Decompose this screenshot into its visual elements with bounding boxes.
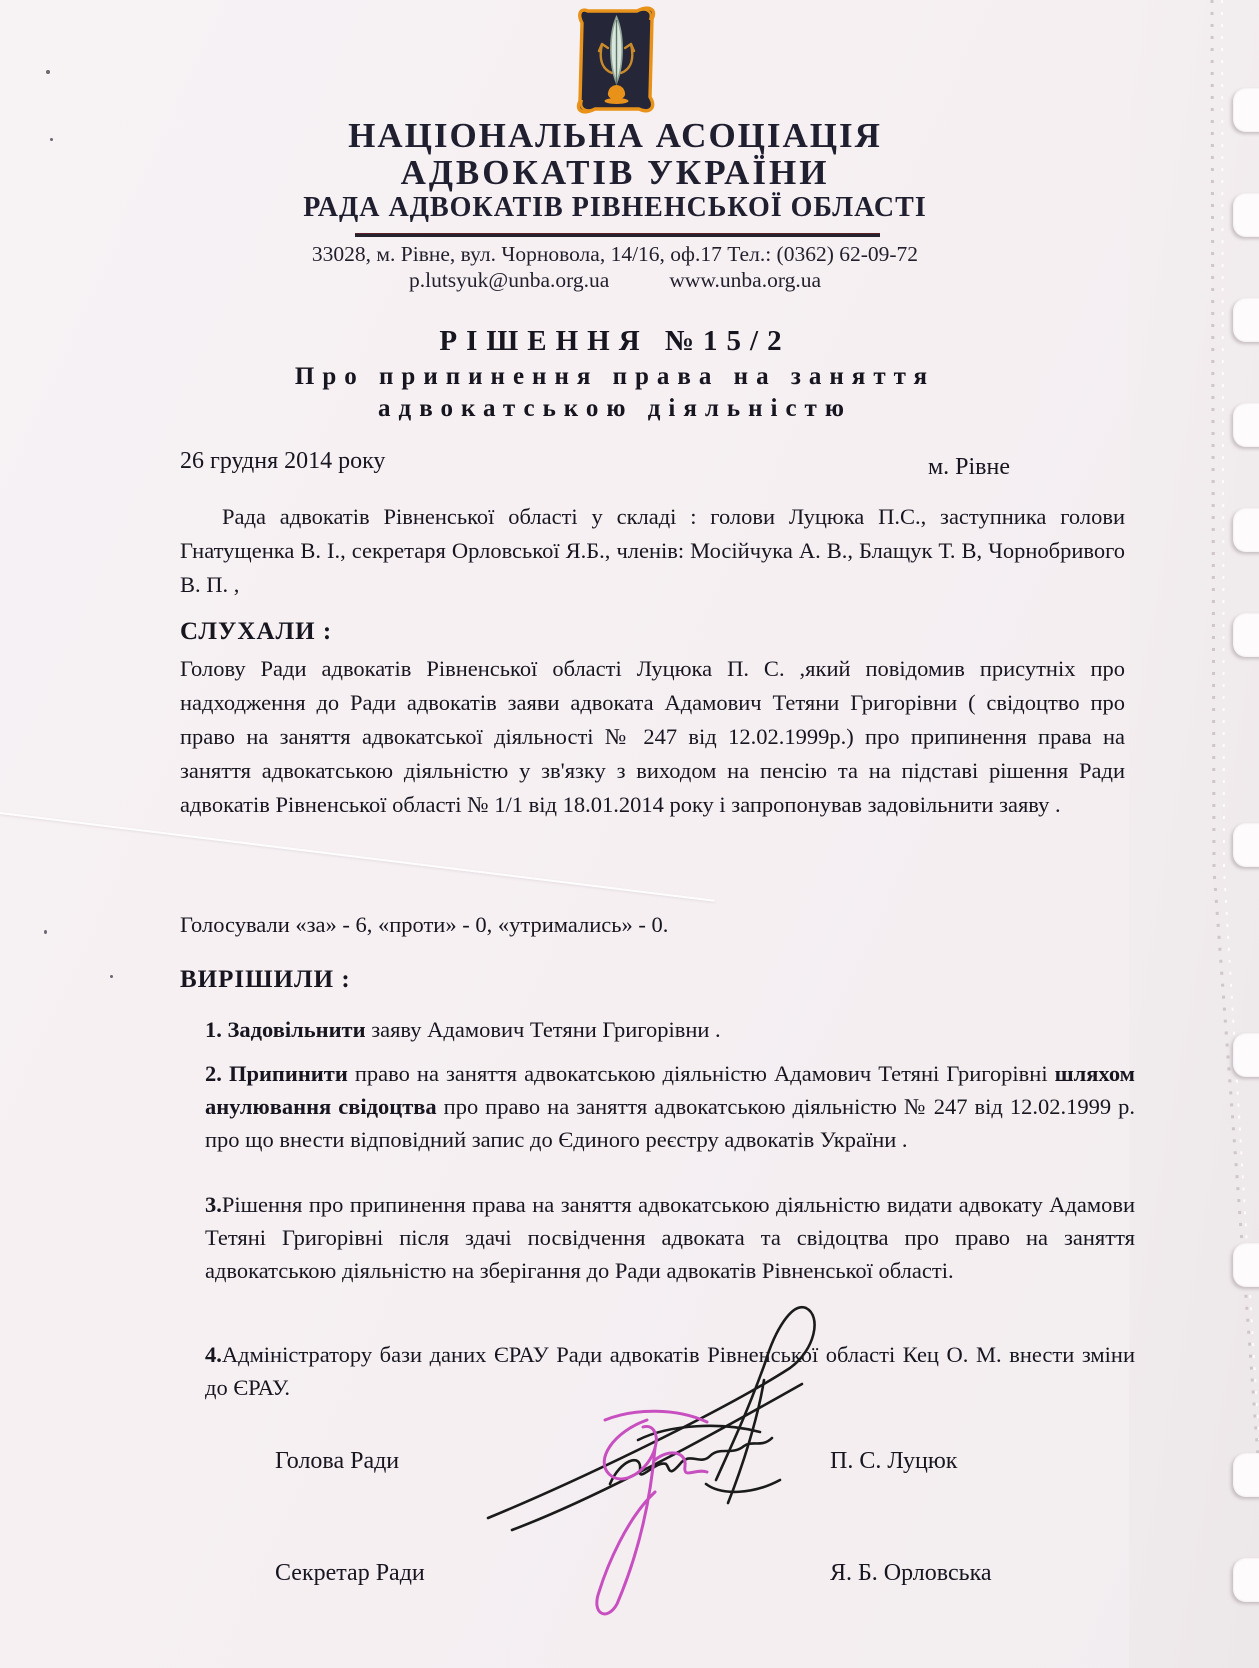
binder-hole — [1233, 508, 1259, 552]
resolution-item-3-number: 3. — [205, 1192, 222, 1217]
scanned-page: НАЦІОНАЛЬНА АСОЦІАЦІЯ АДВОКАТІВ УКРАЇНИ … — [0, 0, 1259, 1668]
decision-subject-line2: адвокатською діяльністю — [65, 395, 1165, 423]
resolved-section-label: ВИРІШИЛИ : — [180, 966, 351, 994]
resolution-item-4-number: 4. — [205, 1342, 222, 1367]
binder-hole — [1233, 1033, 1259, 1077]
resolution-item-2: 2. Припинити право на заняття адвокатськ… — [205, 1057, 1135, 1156]
unba-emblem-icon — [571, 4, 661, 116]
scan-speck — [44, 930, 47, 934]
decision-place: м. Рівне — [928, 454, 1010, 481]
resolution-item-1-keyword: 1. Задовільнити — [205, 1017, 366, 1042]
resolution-item-2-text1: право на заняття адвокатською діяльністю… — [348, 1061, 1055, 1086]
date-place-row: 26 грудня 2014 року м. Рівне — [180, 448, 1120, 475]
binder-hole — [1233, 1558, 1259, 1602]
org-name-line2: АДВОКАТІВ УКРАЇНИ — [65, 153, 1165, 193]
binder-hole — [1233, 613, 1259, 657]
signature-row-chairman: Голова Ради П. С. Луцюк — [275, 1448, 1125, 1475]
org-name-line1: НАЦІОНАЛЬНА АСОЦІАЦІЯ — [65, 116, 1165, 156]
decision-subject-line1: Про припинення права на заняття — [65, 363, 1165, 391]
org-name-line3: РАДА АДВОКАТІВ РІВНЕНСЬКОЇ ОБЛАСТІ — [65, 192, 1165, 224]
org-contacts: p.lutsyuk@unba.org.uawww.unba.org.ua — [65, 268, 1165, 293]
signature-row-secretary: Секретар Ради Я. Б. Орловська — [275, 1560, 1125, 1587]
resolution-item-3-text: Рішення про припинення права на заняття … — [205, 1192, 1135, 1283]
signature-name-secretary: Я. Б. Орловська — [830, 1560, 992, 1587]
scan-speck — [46, 70, 50, 74]
signature-role-chairman: Голова Ради — [275, 1448, 399, 1474]
scan-speck — [50, 138, 53, 141]
resolution-item-3: 3.Рішення про припинення права на занятт… — [205, 1188, 1135, 1287]
decision-number-title: РІШЕННЯ №15/2 — [65, 325, 1165, 358]
handwritten-signature-pink — [555, 1398, 730, 1633]
council-composition-paragraph: Рада адвокатів Рівненської області у скл… — [180, 500, 1125, 602]
signature-name-chairman: П. С. Луцюк — [830, 1448, 957, 1475]
org-email: p.lutsyuk@unba.org.ua — [409, 268, 609, 292]
heard-section-label: СЛУХАЛИ : — [180, 618, 332, 646]
paper-crease — [0, 812, 715, 902]
binder-hole — [1233, 88, 1259, 132]
letterhead-divider — [355, 233, 880, 237]
binder-hole — [1233, 298, 1259, 342]
binder-hole — [1233, 403, 1259, 447]
org-address: 33028, м. Рівне, вул. Чорновола, 14/16, … — [65, 242, 1165, 267]
scan-speck — [110, 975, 113, 978]
resolution-item-1: 1. Задовільнити заяву Адамович Тетяни Гр… — [205, 1013, 1135, 1046]
binder-hole — [1233, 193, 1259, 237]
voting-results: Голосували «за» - 6, «проти» - 0, «утрим… — [180, 912, 668, 938]
signature-role-secretary: Секретар Ради — [275, 1560, 425, 1586]
org-website: www.unba.org.ua — [669, 268, 821, 292]
binder-hole — [1233, 1453, 1259, 1497]
resolution-item-1-text: заяву Адамович Тетяни Григорівни . — [366, 1017, 721, 1042]
heard-section-text: Голову Ради адвокатів Рівненської област… — [180, 652, 1125, 822]
binder-hole — [1233, 823, 1259, 867]
binder-hole — [1233, 1243, 1259, 1287]
decision-date: 26 грудня 2014 року — [180, 448, 385, 474]
resolution-item-2-keyword: 2. Припинити — [205, 1061, 348, 1086]
